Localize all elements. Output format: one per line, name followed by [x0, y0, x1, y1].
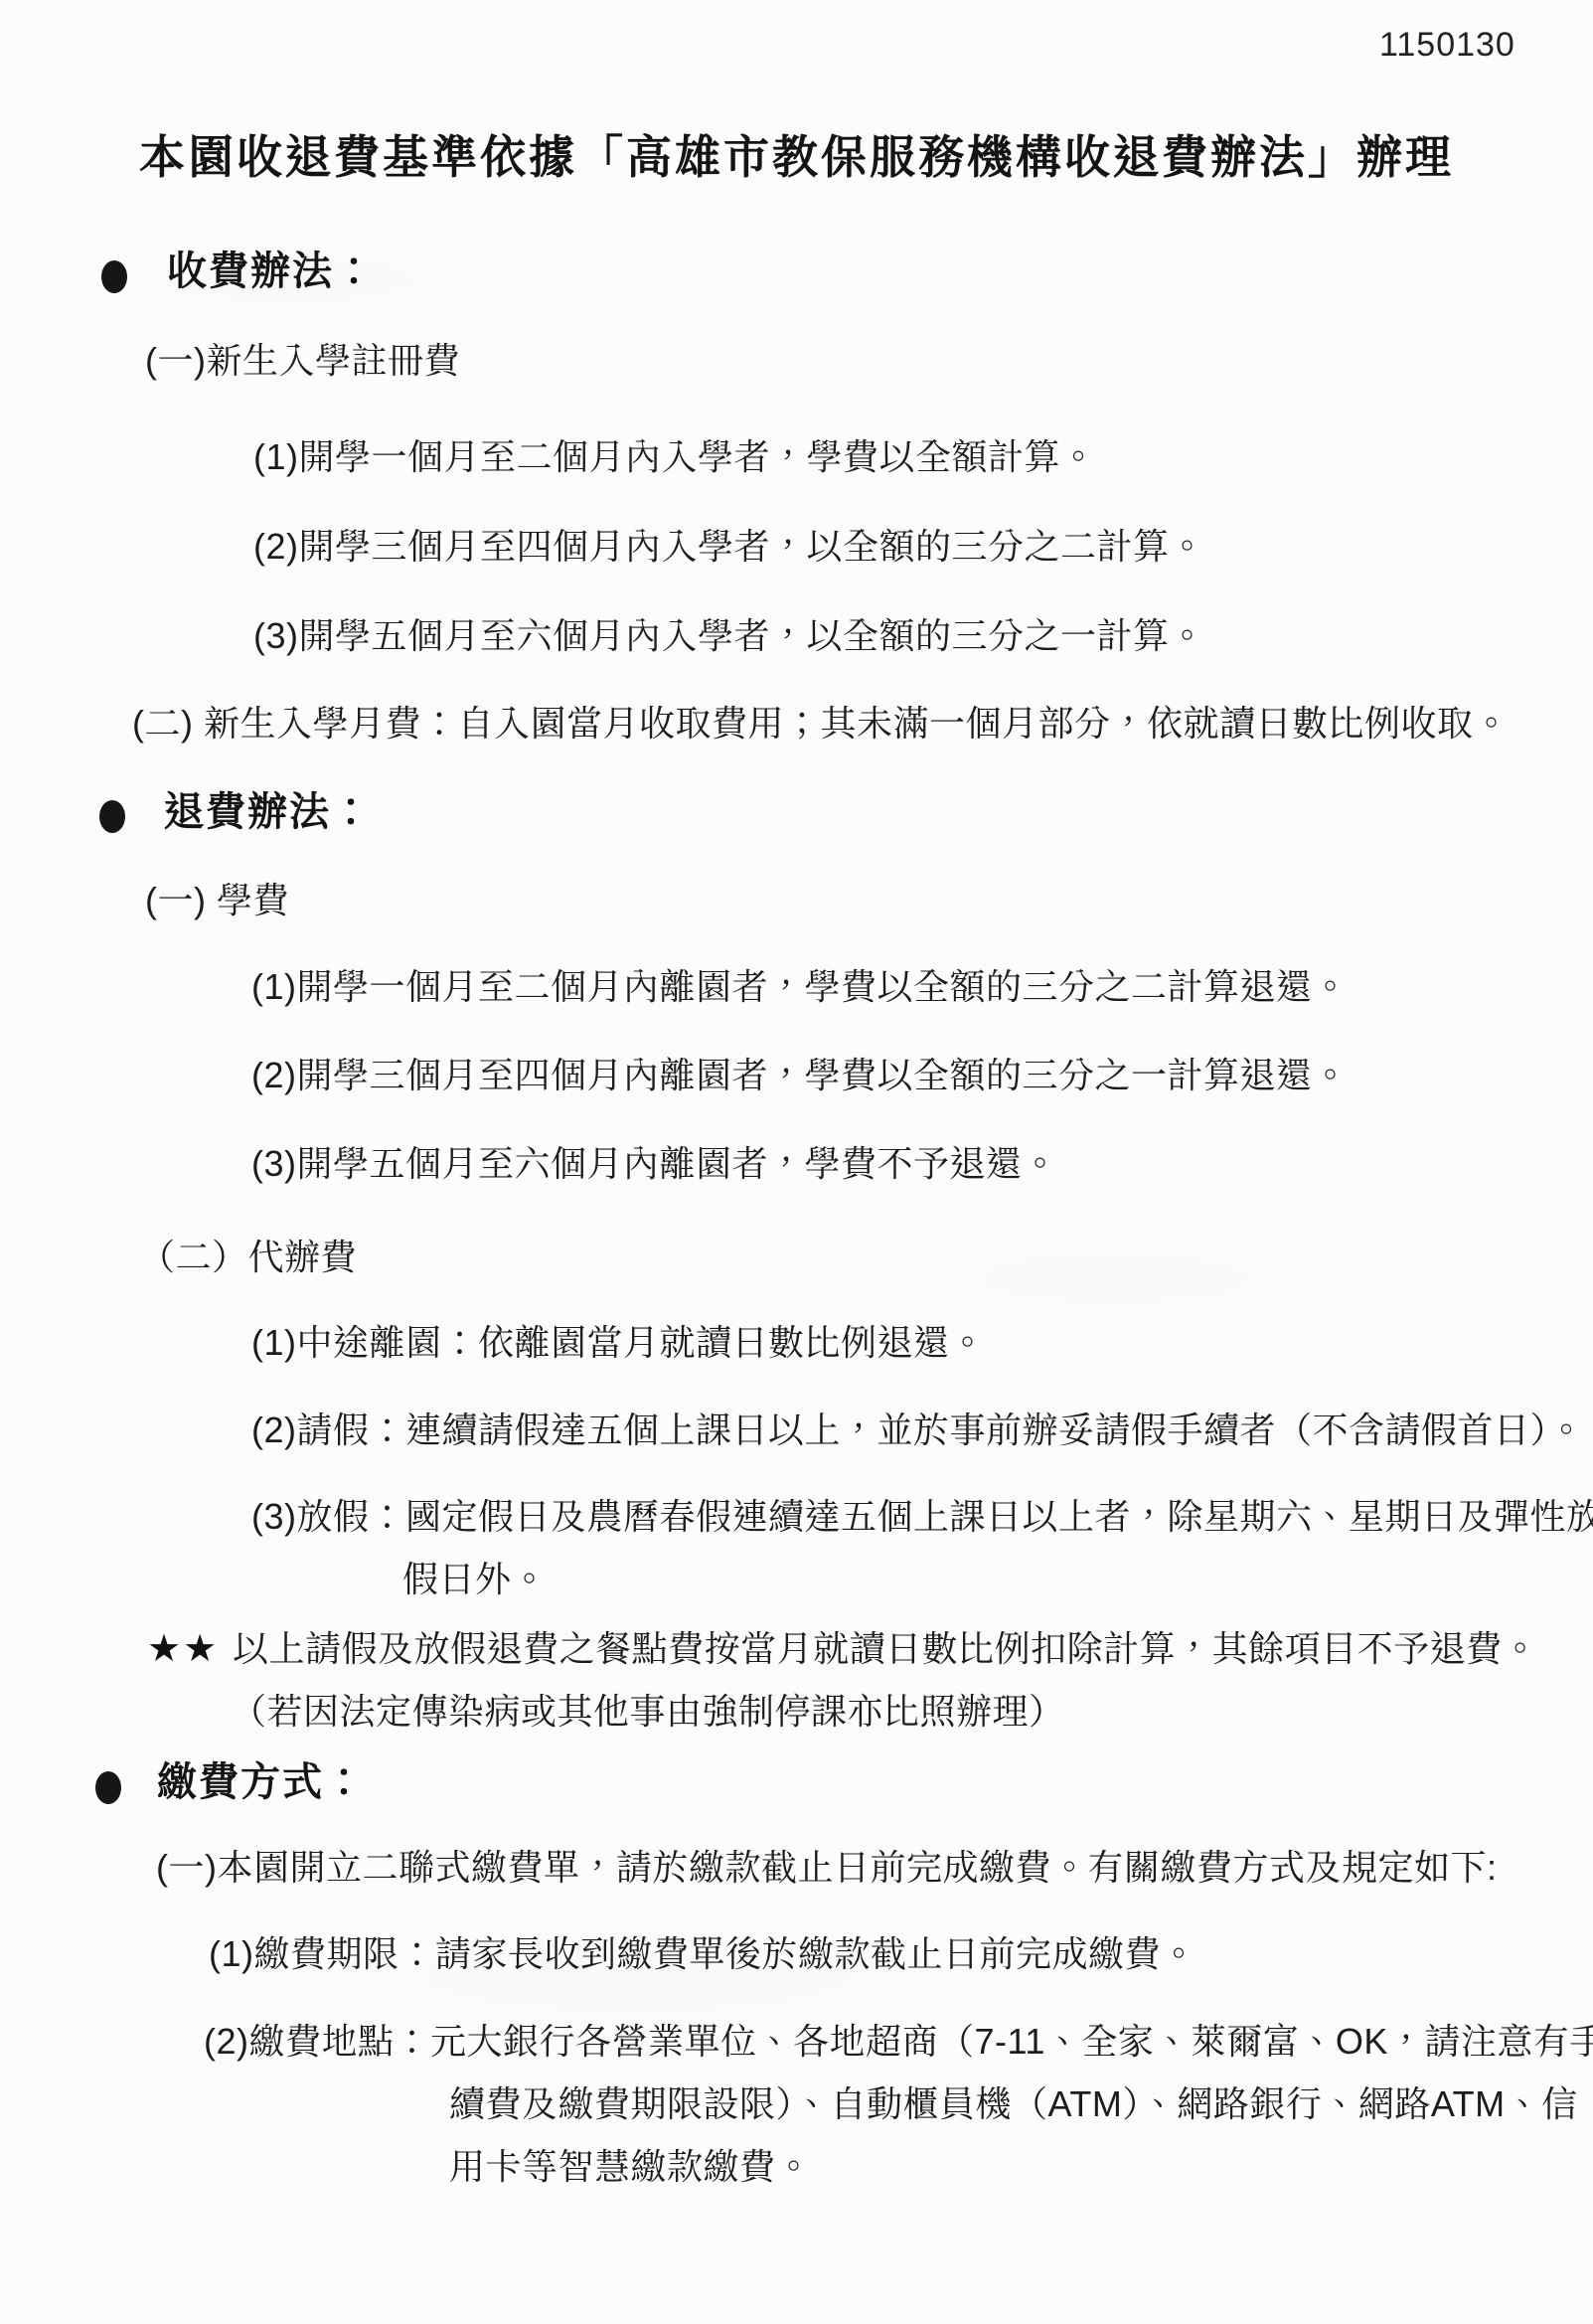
refunds-agency-sub1: (1)中途離園：依離園當月就讀日數比例退還。	[251, 1320, 986, 1365]
refunds-agency-sub3-line1: (3)放假：國定假日及農曆春假連續達五個上課日以上者，除星期六、星期日及彈性放	[251, 1494, 1593, 1539]
payment-sub2-line1: (2)繳費地點：元大銀行各營業單位、各地超商（7-11、全家、萊爾富、OK，請注…	[204, 2019, 1593, 2064]
section-heading-payment: 繳費方式：	[157, 1757, 366, 1807]
fees-item1-label: (一)新生入學註冊費	[145, 338, 460, 383]
section-heading-refunds: 退費辦法：	[164, 787, 373, 837]
payment-sub1: (1)繳費期限：請家長收到繳費單後於繳款截止日前完成繳費。	[209, 1931, 1197, 1976]
refunds-agency-sub3-line2: 假日外。	[402, 1557, 548, 1601]
refund-note-line1: ★★以上請假及放假退費之餐點費按當月就讀日數比例扣除計算，其餘項目不予退費。	[147, 1626, 1538, 1674]
refunds-tuition-label: (一) 學費	[145, 878, 289, 922]
section-heading-fees: 收費辦法：	[167, 247, 376, 296]
fees-item1-sub2: (2)開學三個月至四個月內入學者，以全額的三分之二計算。	[253, 524, 1205, 569]
payment-sub2-line2: 續費及繳費期限設限）、自動櫃員機（ATM）、網路銀行、網路ATM、信	[449, 2081, 1578, 2126]
payment-sub2-line3: 用卡等智慧繳款繳費。	[449, 2144, 812, 2189]
star-icon: ★★	[147, 1628, 219, 1670]
scanned-document-page: 1150130 本園收退費基準依據「高雄市教保服務機構收退費辦法」辦理 收費辦法…	[0, 0, 1593, 2324]
bullet-icon	[95, 1771, 121, 1804]
refunds-agency-label: （二）代辦費	[139, 1235, 357, 1279]
bullet-icon	[99, 800, 125, 833]
fees-item1-sub1: (1)開學一個月至二個月內入學者，學費以全額計算。	[253, 434, 1097, 479]
bullet-icon	[101, 260, 127, 293]
refunds-tuition-sub3: (3)開學五個月至六個月內離園者，學費不予退還。	[251, 1141, 1058, 1186]
refunds-tuition-sub1: (1)開學一個月至二個月內離園者，學費以全額的三分之二計算退還。	[251, 964, 1349, 1009]
refund-note-text: 以上請假及放假退費之餐點費按當月就讀日數比例扣除計算，其餘項目不予退費。	[233, 1628, 1538, 1669]
page-title: 本園收退費基準依據「高雄市教保服務機構收退費辦法」辦理	[0, 121, 1593, 187]
payment-item1: (一)本園開立二聯式繳費單，請於繳款截止日前完成繳費。有關繳費方式及規定如下:	[156, 1845, 1497, 1890]
fees-item2: (二) 新生入學月費：自入園當月收取費用；其未滿一個月部分，依就讀日數比例收取。	[132, 701, 1510, 746]
document-number: 1150130	[1379, 26, 1515, 65]
refunds-tuition-sub2: (2)開學三個月至四個月內離園者，學費以全額的三分之一計算退還。	[251, 1053, 1349, 1097]
fees-item1-sub3: (3)開學五個月至六個月內入學者，以全額的三分之一計算。	[253, 613, 1205, 658]
refund-note-line2: （若因法定傳染病或其他事由強制停課亦比照辦理）	[231, 1689, 1065, 1734]
refunds-agency-sub2: (2)請假：連續請假達五個上課日以上，並於事前辦妥請假手續者（不含請假首日）。	[251, 1408, 1585, 1452]
